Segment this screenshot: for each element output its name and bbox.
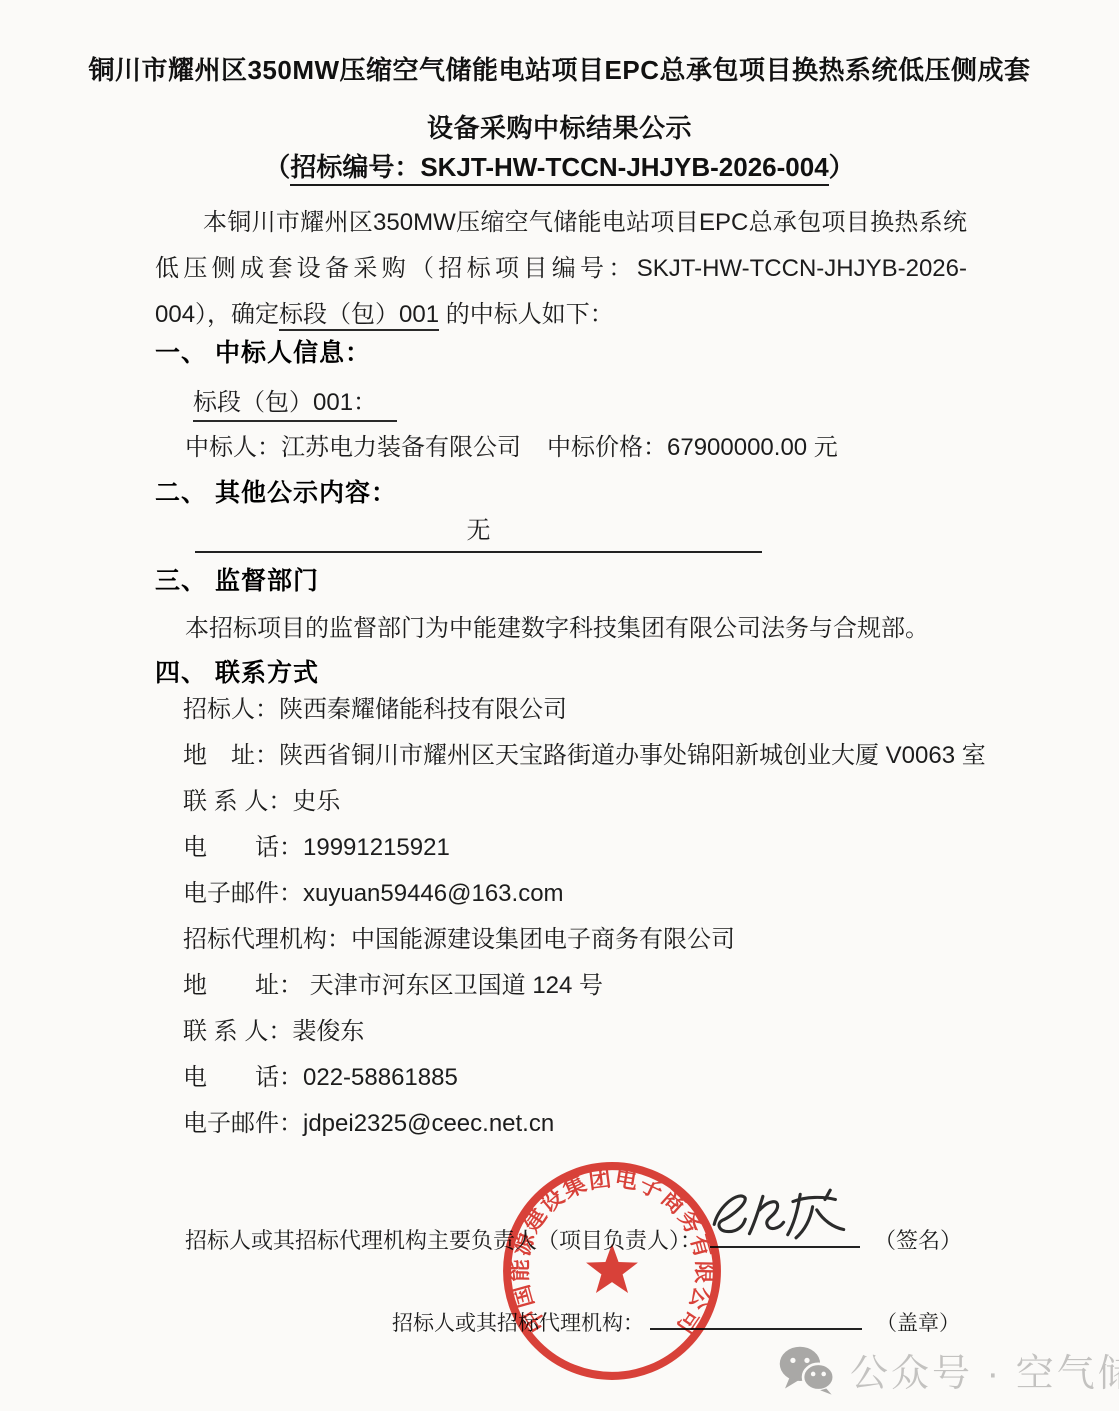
contact-agency-address: 地 址： 天津市河东区卫国道 124 号 <box>183 973 986 998</box>
intro-lot-underlined: 标段（包）001 <box>279 301 439 331</box>
section4-heading: 四、 联系方式 <box>155 653 319 689</box>
contact-tenderer-email: 电子邮件：xuyuan59446@163.com <box>183 881 986 906</box>
handwritten-signature <box>708 1182 853 1246</box>
company-seal: 中国能源建设集团电子商务有限公司 <box>497 1156 727 1386</box>
contact-list: 招标人：陕西秦耀储能科技有限公司 地 址：陕西省铜川市耀州区天宝路街道办事处锦阳… <box>183 697 986 1157</box>
seal-star <box>586 1244 638 1293</box>
tender-close-paren: ） <box>829 152 855 182</box>
other-content-value: 无 <box>195 510 762 553</box>
section2-heading: 二、 其他公示内容： <box>155 473 397 509</box>
contact-agency: 招标代理机构：中国能源建设集团电子商务有限公司 <box>183 927 986 952</box>
winning-price: 中标价格：67900000.00 元 <box>547 427 838 462</box>
contact-agency-phone: 电 话：022-58861885 <box>183 1065 986 1090</box>
tender-number: 招标编号：SKJT-HW-TCCN-JHJYB-2026-004 <box>290 152 828 186</box>
supervision-body: 本招标项目的监督部门为中能建数字科技集团有限公司法务与合规部。 <box>185 608 929 643</box>
announcement-document: 铜川市耀州区350MW压缩空气储能电站项目EPC总承包项目换热系统低压侧成套 设… <box>0 0 1119 1411</box>
document-title-line2: 设备采购中标结果公示 <box>0 108 1119 145</box>
watermark: 公众号 · 空气储能 <box>778 1342 1119 1397</box>
watermark-text: 公众号 · 空气储能 <box>850 1342 1119 1397</box>
section1-heading: 一、 中标人信息： <box>155 333 371 369</box>
contact-agency-email: 电子邮件：jdpei2325@ceec.net.cn <box>183 1111 986 1136</box>
contact-tenderer-address: 地 址：陕西省铜川市耀州区天宝路街道办事处锦阳新城创业大厦 V0063 室 <box>183 743 986 768</box>
winner-name: 中标人：江苏电力装备有限公司 <box>185 427 521 462</box>
tender-number-line: （招标编号：SKJT-HW-TCCN-JHJYB-2026-004） <box>0 147 1119 184</box>
contact-agency-person: 联 系 人：裴俊东 <box>183 1019 986 1044</box>
stamp-suffix: （盖章） <box>876 1307 960 1337</box>
contact-tenderer-phone: 电 话：19991215921 <box>183 835 986 860</box>
signature-field <box>710 1222 860 1248</box>
intro-paragraph: 本铜川市耀州区350MW压缩空气储能电站项目EPC总承包项目换热系统低压侧成套设… <box>155 200 967 338</box>
winner-row: 中标人：江苏电力装备有限公司 中标价格：67900000.00 元 <box>185 427 838 462</box>
document-title-line1: 铜川市耀州区350MW压缩空气储能电站项目EPC总承包项目换热系统低压侧成套 <box>0 50 1119 87</box>
intro-text-tail: 的中标人如下： <box>439 301 614 328</box>
section3-heading: 三、 监督部门 <box>155 561 319 597</box>
wechat-icon <box>778 1344 836 1396</box>
contact-tenderer-person: 联 系 人：史乐 <box>183 789 986 814</box>
lot-label: 标段（包）001： <box>193 382 397 422</box>
contact-tenderer: 招标人：陕西秦耀储能科技有限公司 <box>183 697 986 722</box>
signature-suffix: （签名） <box>874 1224 962 1255</box>
tender-open-paren: （ <box>264 152 290 182</box>
